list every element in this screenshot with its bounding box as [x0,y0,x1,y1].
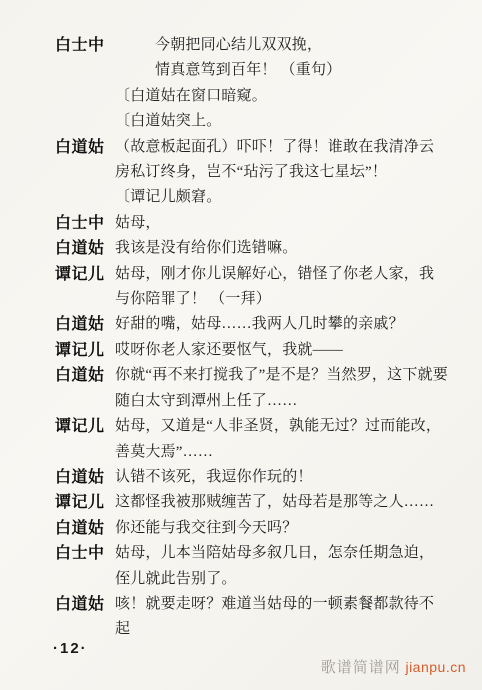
speaker-label: 谭记儿 [55,414,115,439]
script-line-dialogue: 白道姑好甜的嘴，姑母……我两人几时攀的亲戚？ [55,312,448,337]
speaker-label: 白道姑 [55,465,115,490]
speaker-label: 白士中 [55,33,115,58]
line-text: 哎呀你老人家还要怄气，我就—— [115,338,448,363]
script-line-dialogue: 白士中姑母， [55,211,448,236]
line-text: 今朝把同心结儿双双挽，情真意笃到百年！ （重句） [115,33,448,84]
line-text: 姑母，刚才你儿误解好心，错怪了你老人家，我与你陪罪了！ （一拜） [115,262,448,313]
script-line-stage: 〔白道姑突上。 [55,109,448,134]
line-text: 咳！就要走呀？难道当姑母的一顿素餐都款待不起 [115,592,448,643]
speaker-label: 白士中 [55,211,115,236]
speaker-label: 白道姑 [55,312,115,337]
script-line-dialogue: 白道姑（故意板起面孔）吓吓！了得！谁敢在我清净云房私订终身，岂不“玷污了我这七星… [55,135,448,186]
speaker-label: 谭记儿 [55,338,115,363]
line-text: 姑母，儿本当陪姑母多叙几日，怎奈任期急迫，侄儿就此告别了。 [115,541,448,592]
script-body: 白士中今朝把同心结儿双双挽，情真意笃到百年！ （重句）〔白道姑在窗口暗窥。〔白道… [55,33,448,643]
script-line-dialogue: 白道姑你就“再不来打搅我了”是不是？当然罗，这下就要随白太守到潭州上任了…… [55,363,448,414]
speaker-label: 白道姑 [55,516,115,541]
scanned-script-page: 白士中今朝把同心结儿双双挽，情真意笃到百年！ （重句）〔白道姑在窗口暗窥。〔白道… [0,0,482,690]
script-line-dialogue: 谭记儿哎呀你老人家还要怄气，我就—— [55,338,448,363]
script-line-dialogue: 白道姑我该是没有给你们选错嘛。 [55,236,448,261]
line-text: 认错不该死，我逗你作玩的！ [115,465,448,490]
speaker-label: 白士中 [55,541,115,566]
watermark-site-name: 歌谱简谱网 [321,660,401,676]
script-line-dialogue: 谭记儿姑母，刚才你儿误解好心，错怪了你老人家，我与你陪罪了！ （一拜） [55,262,448,313]
line-text: 好甜的嘴，姑母……我两人几时攀的亲戚？ [115,312,448,337]
line-text: 我该是没有给你们选错嘛。 [115,236,448,261]
line-text: 你还能与我交往到今天吗？ [115,516,448,541]
stage-direction: 〔白道姑突上。 [115,109,448,134]
script-line-dialogue: 白士中姑母，儿本当陪姑母多叙几日，怎奈任期急迫，侄儿就此告别了。 [55,541,448,592]
speaker-label: 白道姑 [55,236,115,261]
line-text: （故意板起面孔）吓吓！了得！谁敢在我清净云房私订终身，岂不“玷污了我这七星坛”！ [115,135,448,186]
speaker-label: 白道姑 [55,592,115,617]
speaker-label: 白道姑 [55,135,115,160]
verse-line: 今朝把同心结儿双双挽， [115,33,448,58]
line-text: 姑母， [115,211,448,236]
speaker-label: 谭记儿 [55,262,115,287]
script-line-dialogue: 白道姑你还能与我交往到今天吗？ [55,516,448,541]
watermark: 歌谱简谱网 jianpu.cn [321,656,466,677]
script-line-dialogue: 谭记儿姑母，又道是“人非圣贤，孰能无过？过而能改，善莫大焉”…… [55,414,448,465]
script-line-dialogue: 白道姑认错不该死，我逗你作玩的！ [55,465,448,490]
speaker-label: 谭记儿 [55,490,115,515]
script-line-stage: 〔谭记儿颇窘。 [55,185,448,210]
script-line-stage: 〔白道姑在窗口暗窥。 [55,84,448,109]
script-line-dialogue: 谭记儿这都怪我被那贼缠苦了，姑母若是那等之人…… [55,490,448,515]
line-text: 姑母，又道是“人非圣贤，孰能无过？过而能改，善莫大焉”…… [115,414,448,465]
speaker-label: 白道姑 [55,363,115,388]
stage-direction: 〔谭记儿颇窘。 [115,185,448,210]
stage-direction: 〔白道姑在窗口暗窥。 [115,84,448,109]
watermark-site-url: jianpu.cn [405,659,466,675]
script-line-verse: 白士中今朝把同心结儿双双挽，情真意笃到百年！ （重句） [55,33,448,84]
verse-line: 情真意笃到百年！ （重句） [115,58,448,83]
script-line-dialogue: 白道姑咳！就要走呀？难道当姑母的一顿素餐都款待不起 [55,592,448,643]
page-number: ·12· [53,640,88,657]
line-text: 这都怪我被那贼缠苦了，姑母若是那等之人…… [115,490,448,515]
line-text: 你就“再不来打搅我了”是不是？当然罗，这下就要随白太守到潭州上任了…… [115,363,448,414]
